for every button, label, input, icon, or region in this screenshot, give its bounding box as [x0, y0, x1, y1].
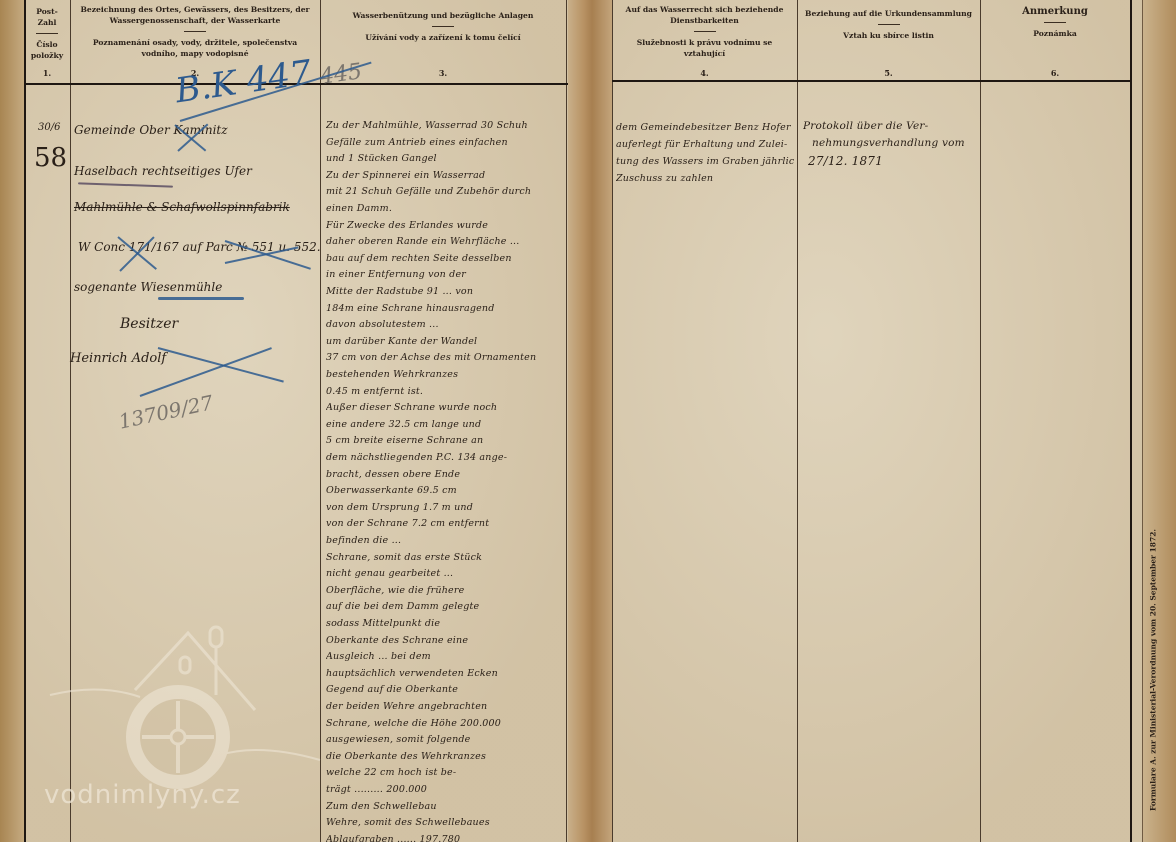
header-col6-german: Anmerkung — [984, 0, 1126, 17]
blue-underline — [158, 297, 244, 300]
rule-left-margin — [24, 0, 26, 842]
watermark-text: vodnimlyny.cz — [44, 780, 241, 810]
header-separator — [694, 31, 716, 32]
col3-line: von dem Ursprung 1.7 m und — [326, 502, 564, 513]
header-col4-czech: Služebnosti k právu vodnímu se vztahujíc… — [616, 37, 793, 59]
col2-line-mill-name: sogenante Wiesenmühle — [74, 280, 222, 294]
col3-line: eine andere 32.5 cm lange und — [326, 419, 564, 430]
form-reference-text: Formulare A. zur Ministerial-Verordnung … — [1149, 529, 1158, 811]
col4-line: dem Gemeindebesitzer Benz Hofer — [616, 122, 794, 133]
header-col4-number: 4. — [612, 68, 797, 78]
col5-line: nehmungsverhandlung vom — [812, 137, 977, 149]
rule-right-edge — [1142, 0, 1143, 842]
header-col5-number: 5. — [797, 68, 980, 78]
form-reference-note: Formulare A. zur Ministerial-Verordnung … — [1146, 520, 1160, 820]
col3-line: in einer Entfernung von der — [326, 269, 564, 280]
col3-line: hauptsächlich verwendeten Ecken — [326, 668, 564, 679]
book-gutter — [568, 0, 612, 842]
col3-line: ausgewiesen, somit folgende — [326, 734, 564, 745]
col3-line: nicht genau gearbeitet ... — [326, 568, 564, 579]
col3-line: um darüber Kante der Wandel — [326, 336, 564, 347]
col3-line: 0.45 m entfernt ist. — [326, 386, 564, 397]
header-separator — [1044, 22, 1066, 23]
col3-line: Außer dieser Schrane wurde noch — [326, 402, 564, 413]
col3-line: Ablaufgraben ...... 197.780 — [326, 834, 564, 842]
header-separator — [432, 26, 454, 27]
col5-line: 27/12. 1871 — [808, 154, 973, 168]
col3-line: sodass Mittelpunkt die — [326, 618, 564, 629]
col3-line: Für Zwecke des Erlandes wurde — [326, 220, 564, 231]
col4-line: tung des Wassers im Graben jährlich — [616, 156, 794, 167]
header-col1-de-line1: Post- — [36, 7, 58, 16]
col3-line: bestehenden Wehrkranzes — [326, 369, 564, 380]
col2-line-mill-type: Mahlmühle & Schafwollspinnfabrik — [74, 200, 290, 214]
col3-line: bau auf dem rechten Seite desselben — [326, 253, 564, 264]
col3-line: einen Damm. — [326, 203, 564, 214]
header-separator — [184, 31, 206, 32]
header-separator — [878, 24, 900, 25]
col3-line: die Oberkante des Wehrkranzes — [326, 751, 564, 762]
header-col1-de-line2: Zahl — [38, 18, 57, 27]
col3-line: welche 22 cm hoch ist be- — [326, 767, 564, 778]
header-col-4: Auf das Wasserrecht sich beziehende Dien… — [612, 0, 797, 84]
rule-col5-col6 — [980, 0, 981, 842]
col3-line: davon absolutestem ... — [326, 319, 564, 330]
col3-line: 37 cm von der Achse des mit Ornamenten — [326, 352, 564, 363]
rule-col4-start — [612, 0, 613, 842]
header-col-6: Anmerkung Poznámka 6. — [980, 0, 1130, 84]
header-col6-czech: Poznámka — [984, 28, 1126, 39]
rule-right-margin — [1130, 0, 1132, 842]
header-col6-number: 6. — [980, 68, 1130, 78]
col4-line: Zuschuss zu zahlen — [616, 173, 794, 184]
col3-line: Oberkante des Schrane eine — [326, 635, 564, 646]
col3-line: Schrane, somit das erste Stück — [326, 552, 564, 563]
col3-line: Gegend auf die Oberkante — [326, 684, 564, 695]
col3-line: Wehre, somit des Schwellebaues — [326, 817, 564, 828]
col3-line: daher oberen Rande ein Wehrfläche ... — [326, 236, 564, 247]
col3-line: bracht, dessen obere Ende — [326, 469, 564, 480]
col3-line: dem nächstliegenden P.C. 134 ange- — [326, 452, 564, 463]
col3-line: Mitte der Radstube 91 ... von — [326, 286, 564, 297]
col3-line: mit 21 Schuh Gefälle und Zubehör durch — [326, 186, 564, 197]
col3-line: Zu der Mahlmühle, Wasserrad 30 Schuh — [326, 120, 564, 131]
col2-line-owner-label: Besitzer — [120, 316, 178, 332]
col2-line-parcel: W Conc 171/167 auf Parc № 551 u. 552. — [78, 240, 321, 254]
header-col5-czech: Vztah ku sbírce listin — [801, 30, 976, 41]
header-col1-cz-line2: položky — [31, 51, 63, 60]
entry-ref-fraction: 30/6 — [38, 122, 60, 133]
col3-line: von der Schrane 7.2 cm entfernt — [326, 518, 564, 529]
col3-line: Zu der Spinnerei ein Wasserrad — [326, 170, 564, 181]
col2-line-stream: Haselbach rechtseitiges Ufer — [74, 164, 252, 178]
header-col-5: Beziehung auf die Urkundensammlung Vztah… — [797, 0, 980, 84]
header-col1-number: 1. — [24, 68, 70, 78]
rule-col4-col5 — [797, 0, 798, 842]
col5-line: Protokoll über die Ver- — [803, 120, 978, 132]
col3-line: befinden die ... — [326, 535, 564, 546]
col3-line: 184m eine Schrane hinausragend — [326, 303, 564, 314]
col3-line: Gefälle zum Antrieb eines einfachen — [326, 137, 564, 148]
col3-line: und 1 Stücken Gangel — [326, 153, 564, 164]
col3-line: trägt ......... 200.000 — [326, 784, 564, 795]
entry-number: 58 — [34, 143, 67, 173]
header-col-1: Post-Zahl Číslopoložky 1. — [24, 0, 70, 84]
col3-line: Oberfläche, wie die frühere — [326, 585, 564, 596]
col3-line: Oberwasserkante 69.5 cm — [326, 485, 564, 496]
header-col5-german: Beziehung auf die Urkundensammlung — [801, 0, 976, 19]
book-left-edge — [0, 0, 26, 842]
header-col2-german: Bezeichnung des Ortes, Gewässers, des Be… — [74, 0, 316, 26]
header-col3-czech: Užívání vody a zařízení k tomu čelící — [324, 32, 562, 43]
header-col3-german: Wasserbenützung und bezügliche Anlagen — [324, 0, 562, 21]
header-separator — [36, 33, 58, 34]
col3-line: Zum den Schwellebau — [326, 801, 564, 812]
header-col1-cz-line1: Číslo — [36, 40, 57, 49]
col2-line-owner-name: Heinrich Adolf — [70, 351, 166, 366]
col3-line: 5 cm breite eiserne Schrane an — [326, 435, 564, 446]
rule-col3-end — [566, 0, 567, 842]
col4-line: auferlegt für Erhaltung und Zulei- — [616, 139, 794, 150]
col3-line: auf die bei dem Damm gelegte — [326, 601, 564, 612]
header-col4-german: Auf das Wasserrecht sich beziehende Dien… — [616, 0, 793, 26]
col3-line: Ausgleich ... bei dem — [326, 651, 564, 662]
col3-line: Schrane, welche die Höhe 200.000 — [326, 718, 564, 729]
col3-line: der beiden Wehre angebrachten — [326, 701, 564, 712]
